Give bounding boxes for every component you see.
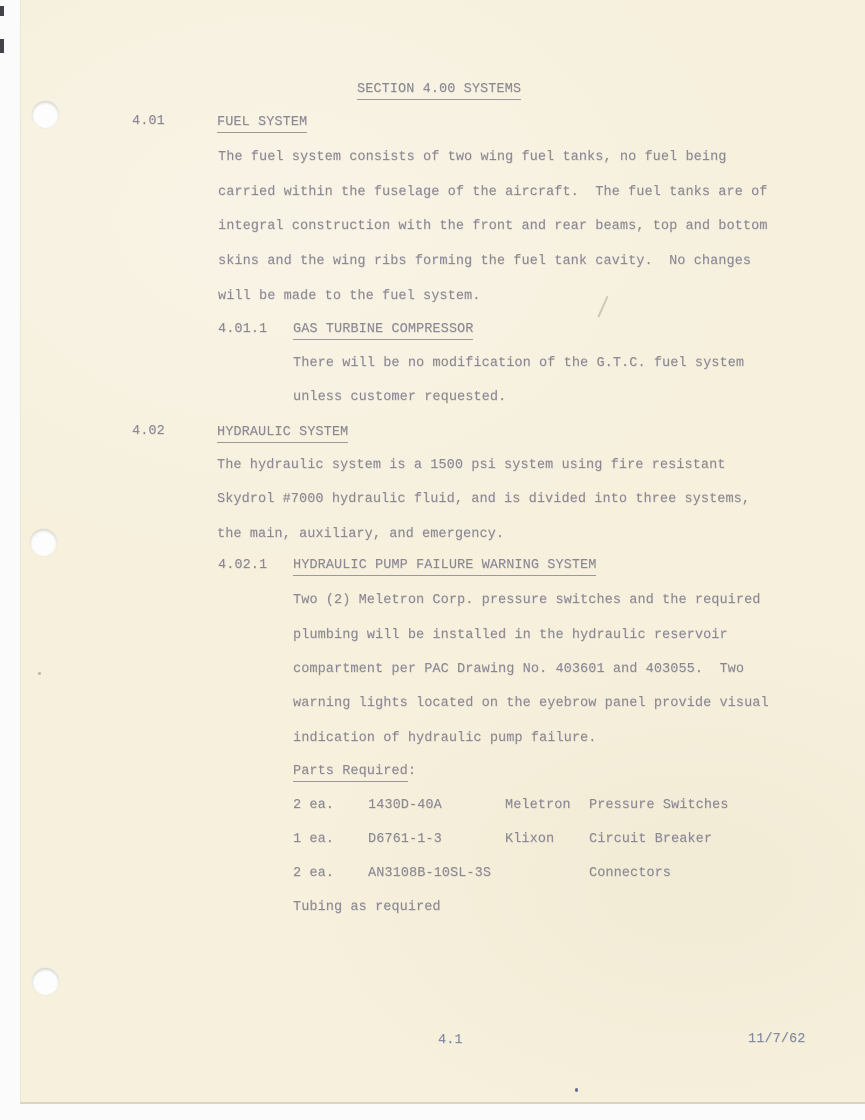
parts-row-qty: 1 ea. xyxy=(293,832,334,848)
section-number-4011: 4.01.1 xyxy=(218,322,267,338)
parts-required-label: Parts Required: xyxy=(293,764,416,780)
parts-row-qty: 2 ea. xyxy=(293,798,334,814)
punch-hole-bottom xyxy=(32,968,59,995)
parts-row-part: 1430D-40A xyxy=(368,798,442,814)
scan-edge-mark xyxy=(0,39,4,53)
section-heading-4011: GAS TURBINE COMPRESSOR xyxy=(293,322,473,338)
parts-row-desc: Connectors xyxy=(589,866,671,882)
page-date: 11/7/62 xyxy=(748,1032,805,1048)
body-line: There will be no modification of the G.T… xyxy=(293,356,744,372)
section-heading-401: FUEL SYSTEM xyxy=(217,115,307,131)
parts-row-maker: Klixon xyxy=(505,832,554,848)
body-line: carried within the fuselage of the aircr… xyxy=(218,185,768,201)
body-line: The fuel system consists of two wing fue… xyxy=(218,150,726,166)
parts-row-part: D6761-1-3 xyxy=(368,832,442,848)
scan-speck xyxy=(38,672,41,675)
body-line: warning lights located on the eyebrow pa… xyxy=(293,696,769,712)
section-number-401: 4.01 xyxy=(132,114,165,130)
body-line: unless customer requested. xyxy=(293,390,506,406)
body-line: compartment per PAC Drawing No. 403601 a… xyxy=(293,662,744,678)
section-number-402: 4.02 xyxy=(132,424,165,440)
body-line: plumbing will be installed in the hydrau… xyxy=(293,628,728,644)
section-heading-402: HYDRAULIC SYSTEM xyxy=(217,425,348,441)
page-number: 4.1 xyxy=(438,1033,463,1049)
page-title-text: SECTION 4.00 SYSTEMS xyxy=(357,82,521,100)
body-line: The hydraulic system is a 1500 psi syste… xyxy=(217,458,725,474)
parts-row-qty: 2 ea. xyxy=(293,866,334,882)
parts-note: Tubing as required xyxy=(293,900,441,916)
body-line: Skydrol #7000 hydraulic fluid, and is di… xyxy=(217,492,750,508)
parts-row-desc: Pressure Switches xyxy=(589,798,728,814)
body-line: will be made to the fuel system. xyxy=(218,289,480,305)
body-line: indication of hydraulic pump failure. xyxy=(293,731,596,747)
scan-edge-mark xyxy=(0,6,4,16)
body-line: skins and the wing ribs forming the fuel… xyxy=(218,254,751,270)
punch-hole-middle xyxy=(30,529,57,556)
scan-speck xyxy=(575,1088,578,1092)
body-line: integral construction with the front and… xyxy=(218,219,768,235)
body-line: the main, auxiliary, and emergency. xyxy=(217,527,504,543)
punch-hole-top xyxy=(32,101,59,128)
body-line: Two (2) Meletron Corp. pressure switches… xyxy=(293,593,760,609)
section-heading-4021: HYDRAULIC PUMP FAILURE WARNING SYSTEM xyxy=(293,558,596,574)
parts-row-maker: Meletron xyxy=(505,798,571,814)
scanned-document-page: SECTION 4.00 SYSTEMS 4.01 FUEL SYSTEM Th… xyxy=(0,0,865,1120)
parts-row-part: AN3108B-10SL-3S xyxy=(368,866,491,882)
parts-row-desc: Circuit Breaker xyxy=(589,832,712,848)
section-number-4021: 4.02.1 xyxy=(218,558,267,574)
page-title: SECTION 4.00 SYSTEMS xyxy=(357,82,521,98)
